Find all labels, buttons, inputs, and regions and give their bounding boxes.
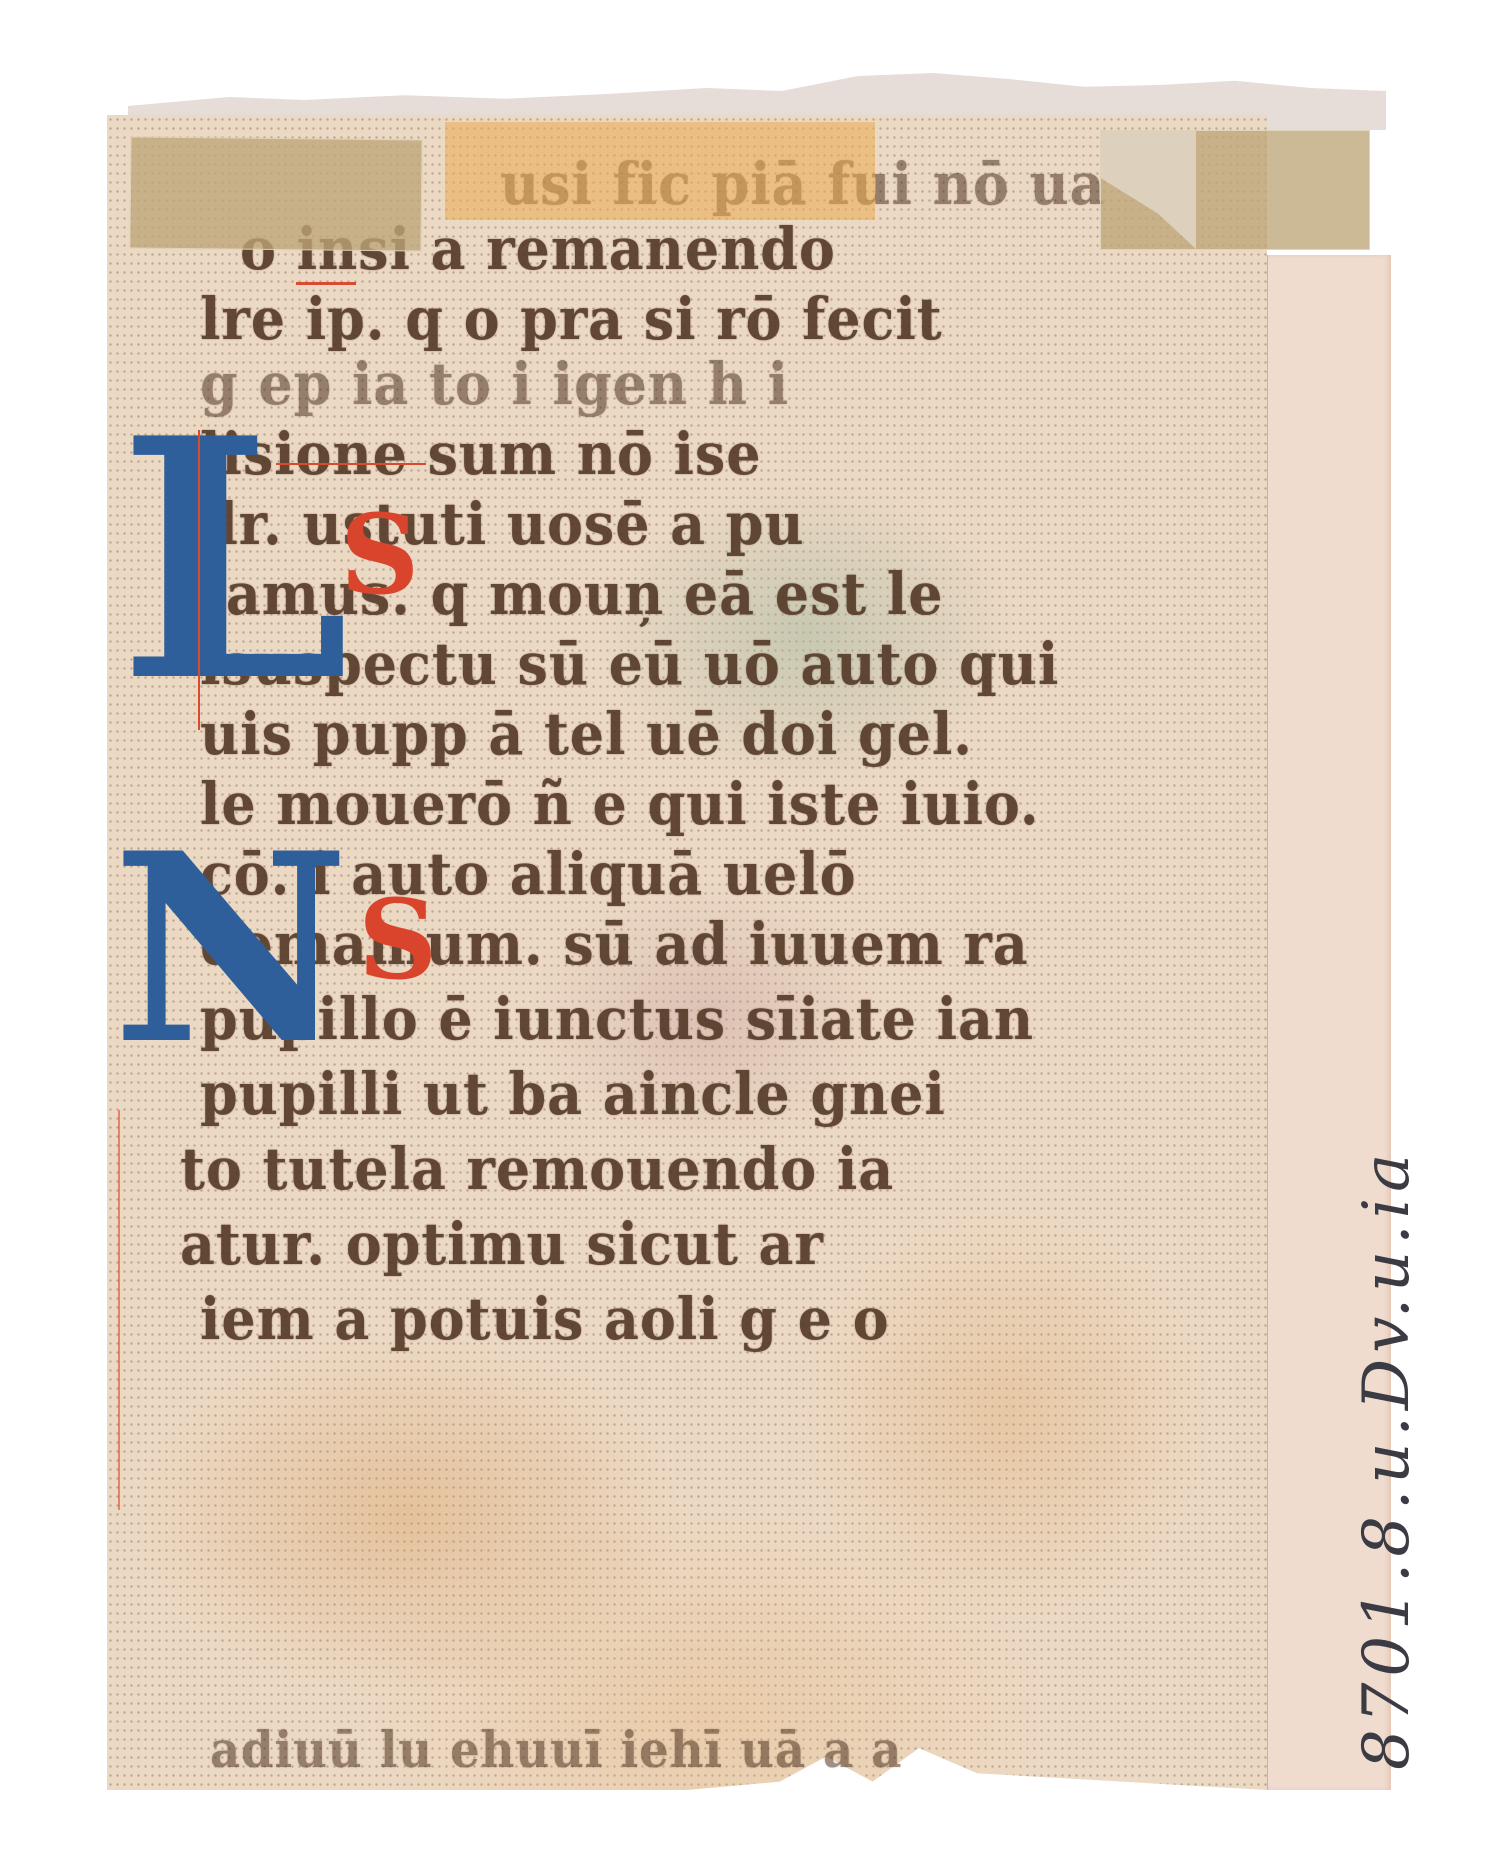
tape-left [129,136,422,251]
red-ruling-line [296,282,356,285]
text-line: to tutela remouendo ia [180,1135,894,1203]
red-ruling-line [198,430,200,730]
red-ruling-line [118,1110,120,1510]
red-ruling-line [276,463,426,465]
pencil-annotation: 8701.8.u.Dv.u.ia [1292,700,1372,1780]
red-initial-s: S [340,500,419,610]
blue-initial-n: N [112,820,350,1080]
blue-initial-l: L [118,395,350,725]
text-line: adiuū lu ehuuī iehī uā a a [210,1720,902,1779]
text-line: atur. optimu sicut ar [180,1210,824,1278]
red-initial-s: S [358,885,437,995]
text-line: lre ip. q o pra si rō fecit [200,285,943,353]
text-line: iem a potuis aoli g e o [200,1285,890,1353]
tape-right [1100,130,1370,250]
amber-tape [445,122,875,220]
